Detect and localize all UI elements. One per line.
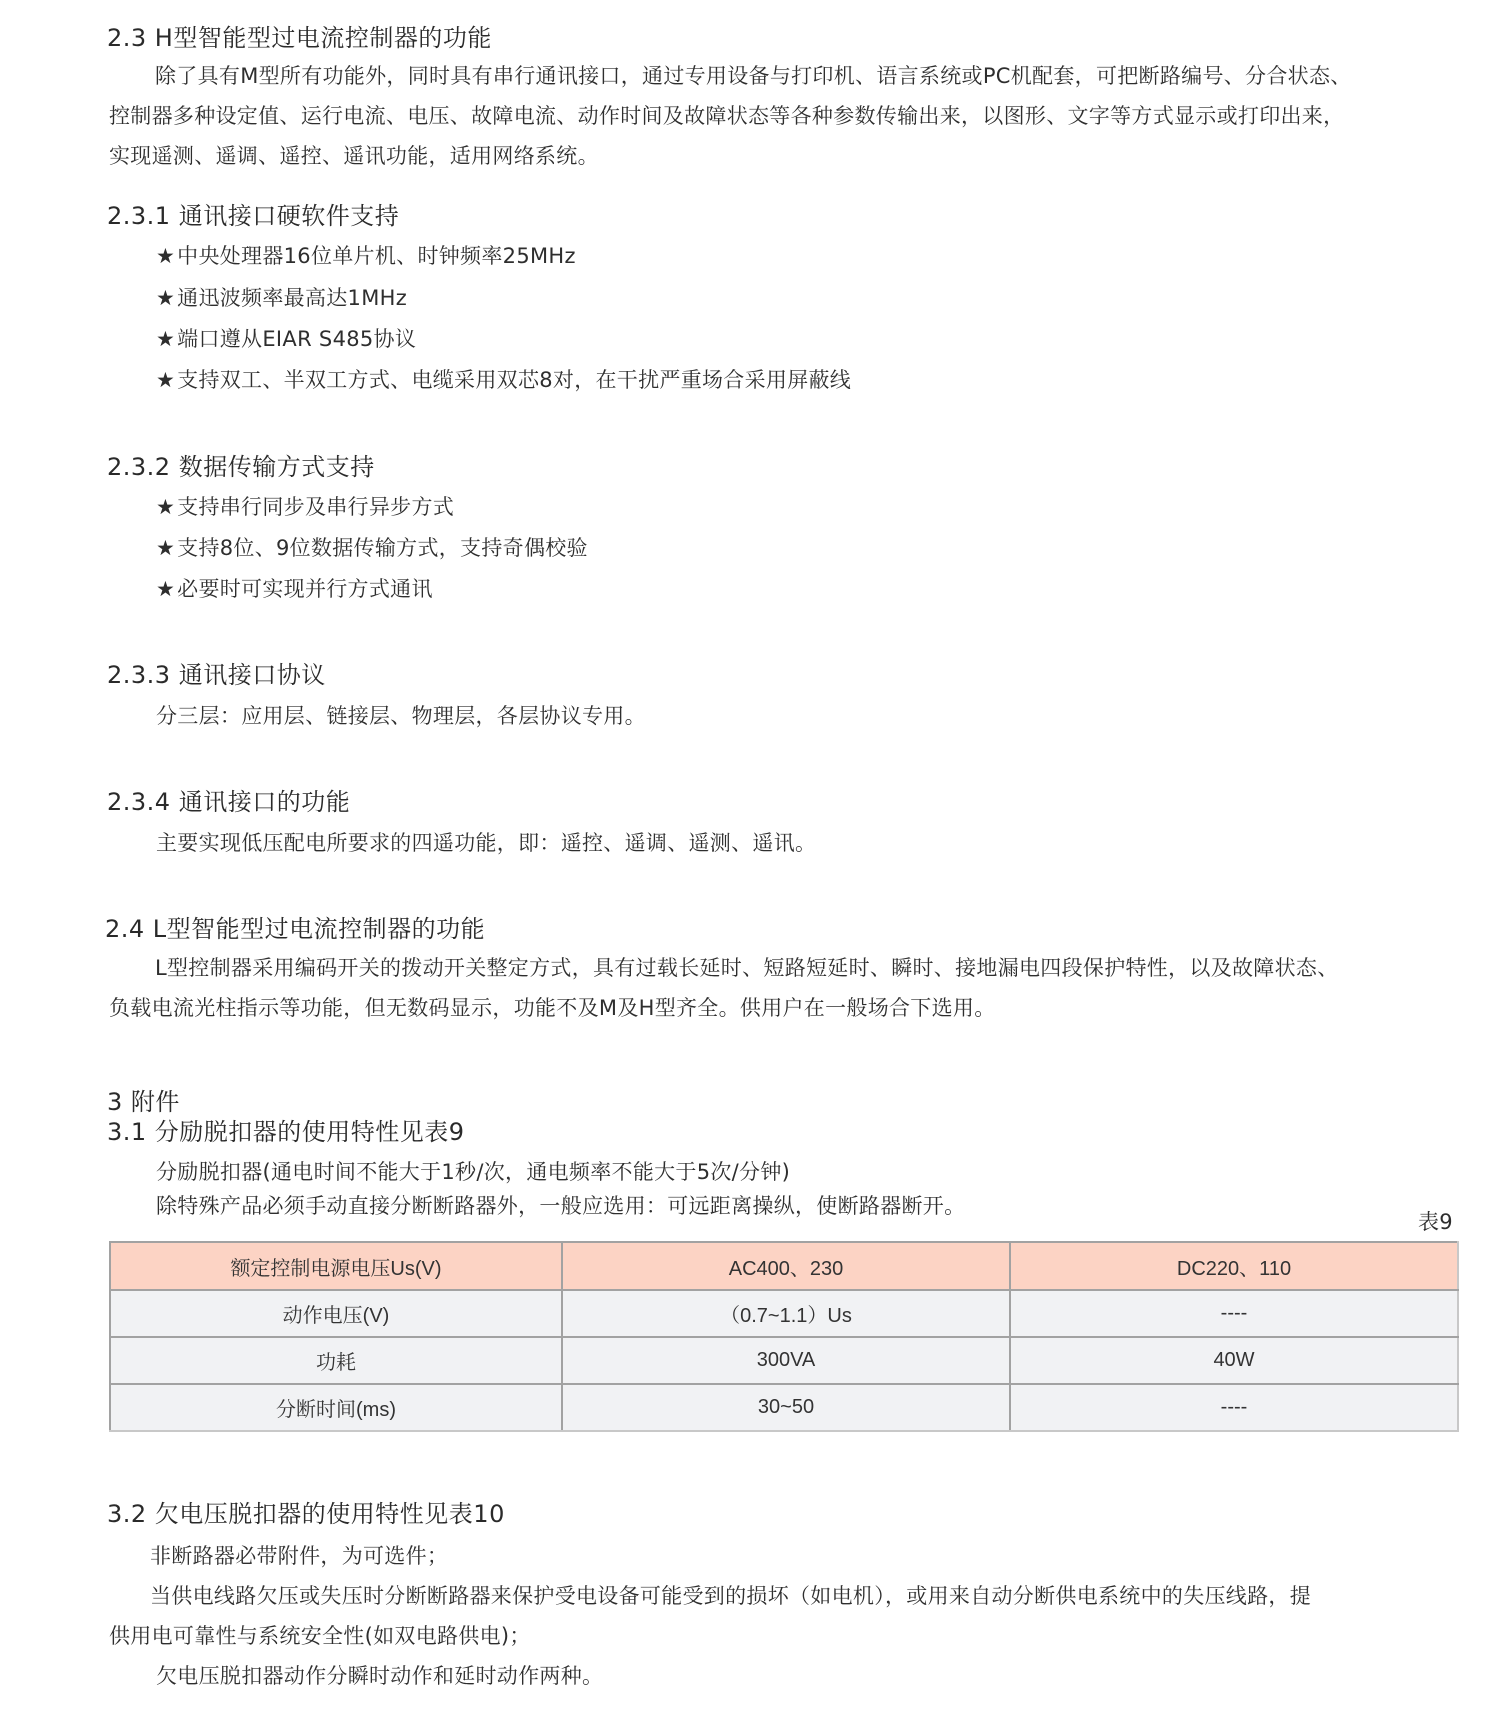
para-3-1-line-1: 分励脱扣器(通电时间不能大于1秒/次，通电频率不能大于5次/分钟) (156, 1156, 790, 1186)
para-2-4-line-1: L型控制器采用编码开关的拨动开关整定方式，具有过载长延时、短路短延时、瞬时、接地… (155, 952, 1339, 982)
para-2-4-line-2: 负载电流光柱指示等功能，但无数码显示，功能不及M及H型齐全。供用户在一般场合下选… (109, 992, 996, 1022)
star-icon: ★ (156, 368, 175, 392)
star-icon: ★ (156, 327, 175, 351)
bullet-text: 支持双工、半双工方式、电缆采用双芯8对，在干扰严重场合采用屏蔽线 (177, 368, 851, 392)
star-icon: ★ (156, 244, 175, 268)
heading-2-4: 2.4 L型智能型过电流控制器的功能 (105, 909, 485, 944)
bullet-item: ★必要时可实现并行方式通讯 (156, 573, 433, 603)
heading-3-1: 3.1 分励脱扣器的使用特性见表9 (107, 1112, 465, 1147)
para-2-3-4: 主要实现低压配电所要求的四遥功能，即：遥控、遥调、遥测、遥讯。 (156, 827, 816, 857)
para-3-2-line-2: 当供电线路欠压或失压时分断断路器来保护受电设备可能受到的损坏（如电机），或用来自… (150, 1580, 1311, 1610)
table-cell: 40W (1010, 1337, 1458, 1384)
para-2-3-line-3: 实现遥测、遥调、遥控、遥讯功能，适用网络系统。 (109, 140, 599, 170)
bullet-item: ★支持8位、9位数据传输方式，支持奇偶校验 (156, 532, 588, 562)
para-2-3-3: 分三层：应用层、链接层、物理层，各层协议专用。 (156, 700, 646, 730)
table-cell: 30~50 (562, 1384, 1010, 1431)
para-3-2-line-3: 供用电可靠性与系统安全性(如双电路供电)； (109, 1620, 531, 1650)
bullet-text: 必要时可实现并行方式通讯 (177, 577, 433, 601)
heading-2-3: 2.3 H型智能型过电流控制器的功能 (107, 18, 492, 53)
table-cell: 功耗 (110, 1337, 562, 1384)
table-row: 功耗 300VA 40W (110, 1337, 1458, 1384)
para-3-2-line-4: 欠电压脱扣器动作分瞬时动作和延时动作两种。 (156, 1660, 603, 1690)
star-icon: ★ (156, 495, 175, 519)
table-cell: ---- (1010, 1384, 1458, 1431)
table-header-cell: DC220、110 (1010, 1242, 1458, 1290)
table-cell: 300VA (562, 1337, 1010, 1384)
para-3-1-line-2: 除特殊产品必须手动直接分断断路器外，一般应选用：可远距离操纵，使断路器断开。 (156, 1190, 965, 1220)
bullet-item: ★支持双工、半双工方式、电缆采用双芯8对，在干扰严重场合采用屏蔽线 (156, 364, 851, 394)
bullet-item: ★支持串行同步及串行异步方式 (156, 491, 454, 521)
table-row: 分断时间(ms) 30~50 ---- (110, 1384, 1458, 1431)
table-cell: 动作电压(V) (110, 1290, 562, 1337)
table-header-cell: AC400、230 (562, 1242, 1010, 1290)
star-icon: ★ (156, 536, 175, 560)
table-row: 动作电压(V) （0.7~1.1）Us ---- (110, 1290, 1458, 1337)
heading-3-2: 3.2 欠电压脱扣器的使用特性见表10 (107, 1494, 505, 1529)
heading-2-3-1: 2.3.1 通讯接口硬软件支持 (107, 196, 399, 231)
star-icon: ★ (156, 577, 175, 601)
spec-table-9: 额定控制电源电压Us(V) AC400、230 DC220、110 动作电压(V… (109, 1241, 1459, 1432)
table-header-row: 额定控制电源电压Us(V) AC400、230 DC220、110 (110, 1242, 1458, 1290)
para-3-2-line-1: 非断路器必带附件，为可选件； (150, 1540, 448, 1570)
table-cell: 分断时间(ms) (110, 1384, 562, 1431)
bullet-text: 中央处理器16位单片机、时钟频率25MHz (177, 244, 576, 268)
bullet-text: 端口遵从EIAR S485协议 (177, 327, 416, 351)
para-2-3-line-2: 控制器多种设定值、运行电流、电压、故障电流、动作时间及故障状态等各种参数传输出来… (109, 100, 1344, 130)
bullet-text: 支持串行同步及串行异步方式 (177, 495, 454, 519)
bullet-item: ★端口遵从EIAR S485协议 (156, 323, 416, 353)
table-cell: （0.7~1.1）Us (562, 1290, 1010, 1337)
heading-2-3-2: 2.3.2 数据传输方式支持 (107, 447, 375, 482)
para-2-3-line-1: 除了具有M型所有功能外，同时具有串行通讯接口，通过专用设备与打印机、语言系统或P… (155, 60, 1352, 90)
table-header-cell: 额定控制电源电压Us(V) (110, 1242, 562, 1290)
heading-2-3-3: 2.3.3 通讯接口协议 (107, 655, 326, 690)
table-cell: ---- (1010, 1290, 1458, 1337)
bullet-item: ★通迅波频率最高达1MHz (156, 282, 407, 312)
bullet-text: 通迅波频率最高达1MHz (177, 286, 407, 310)
table-label: 表9 (1418, 1206, 1453, 1236)
bullet-text: 支持8位、9位数据传输方式，支持奇偶校验 (177, 536, 588, 560)
bullet-item: ★中央处理器16位单片机、时钟频率25MHz (156, 240, 576, 270)
star-icon: ★ (156, 286, 175, 310)
heading-2-3-4: 2.3.4 通讯接口的功能 (107, 782, 350, 817)
